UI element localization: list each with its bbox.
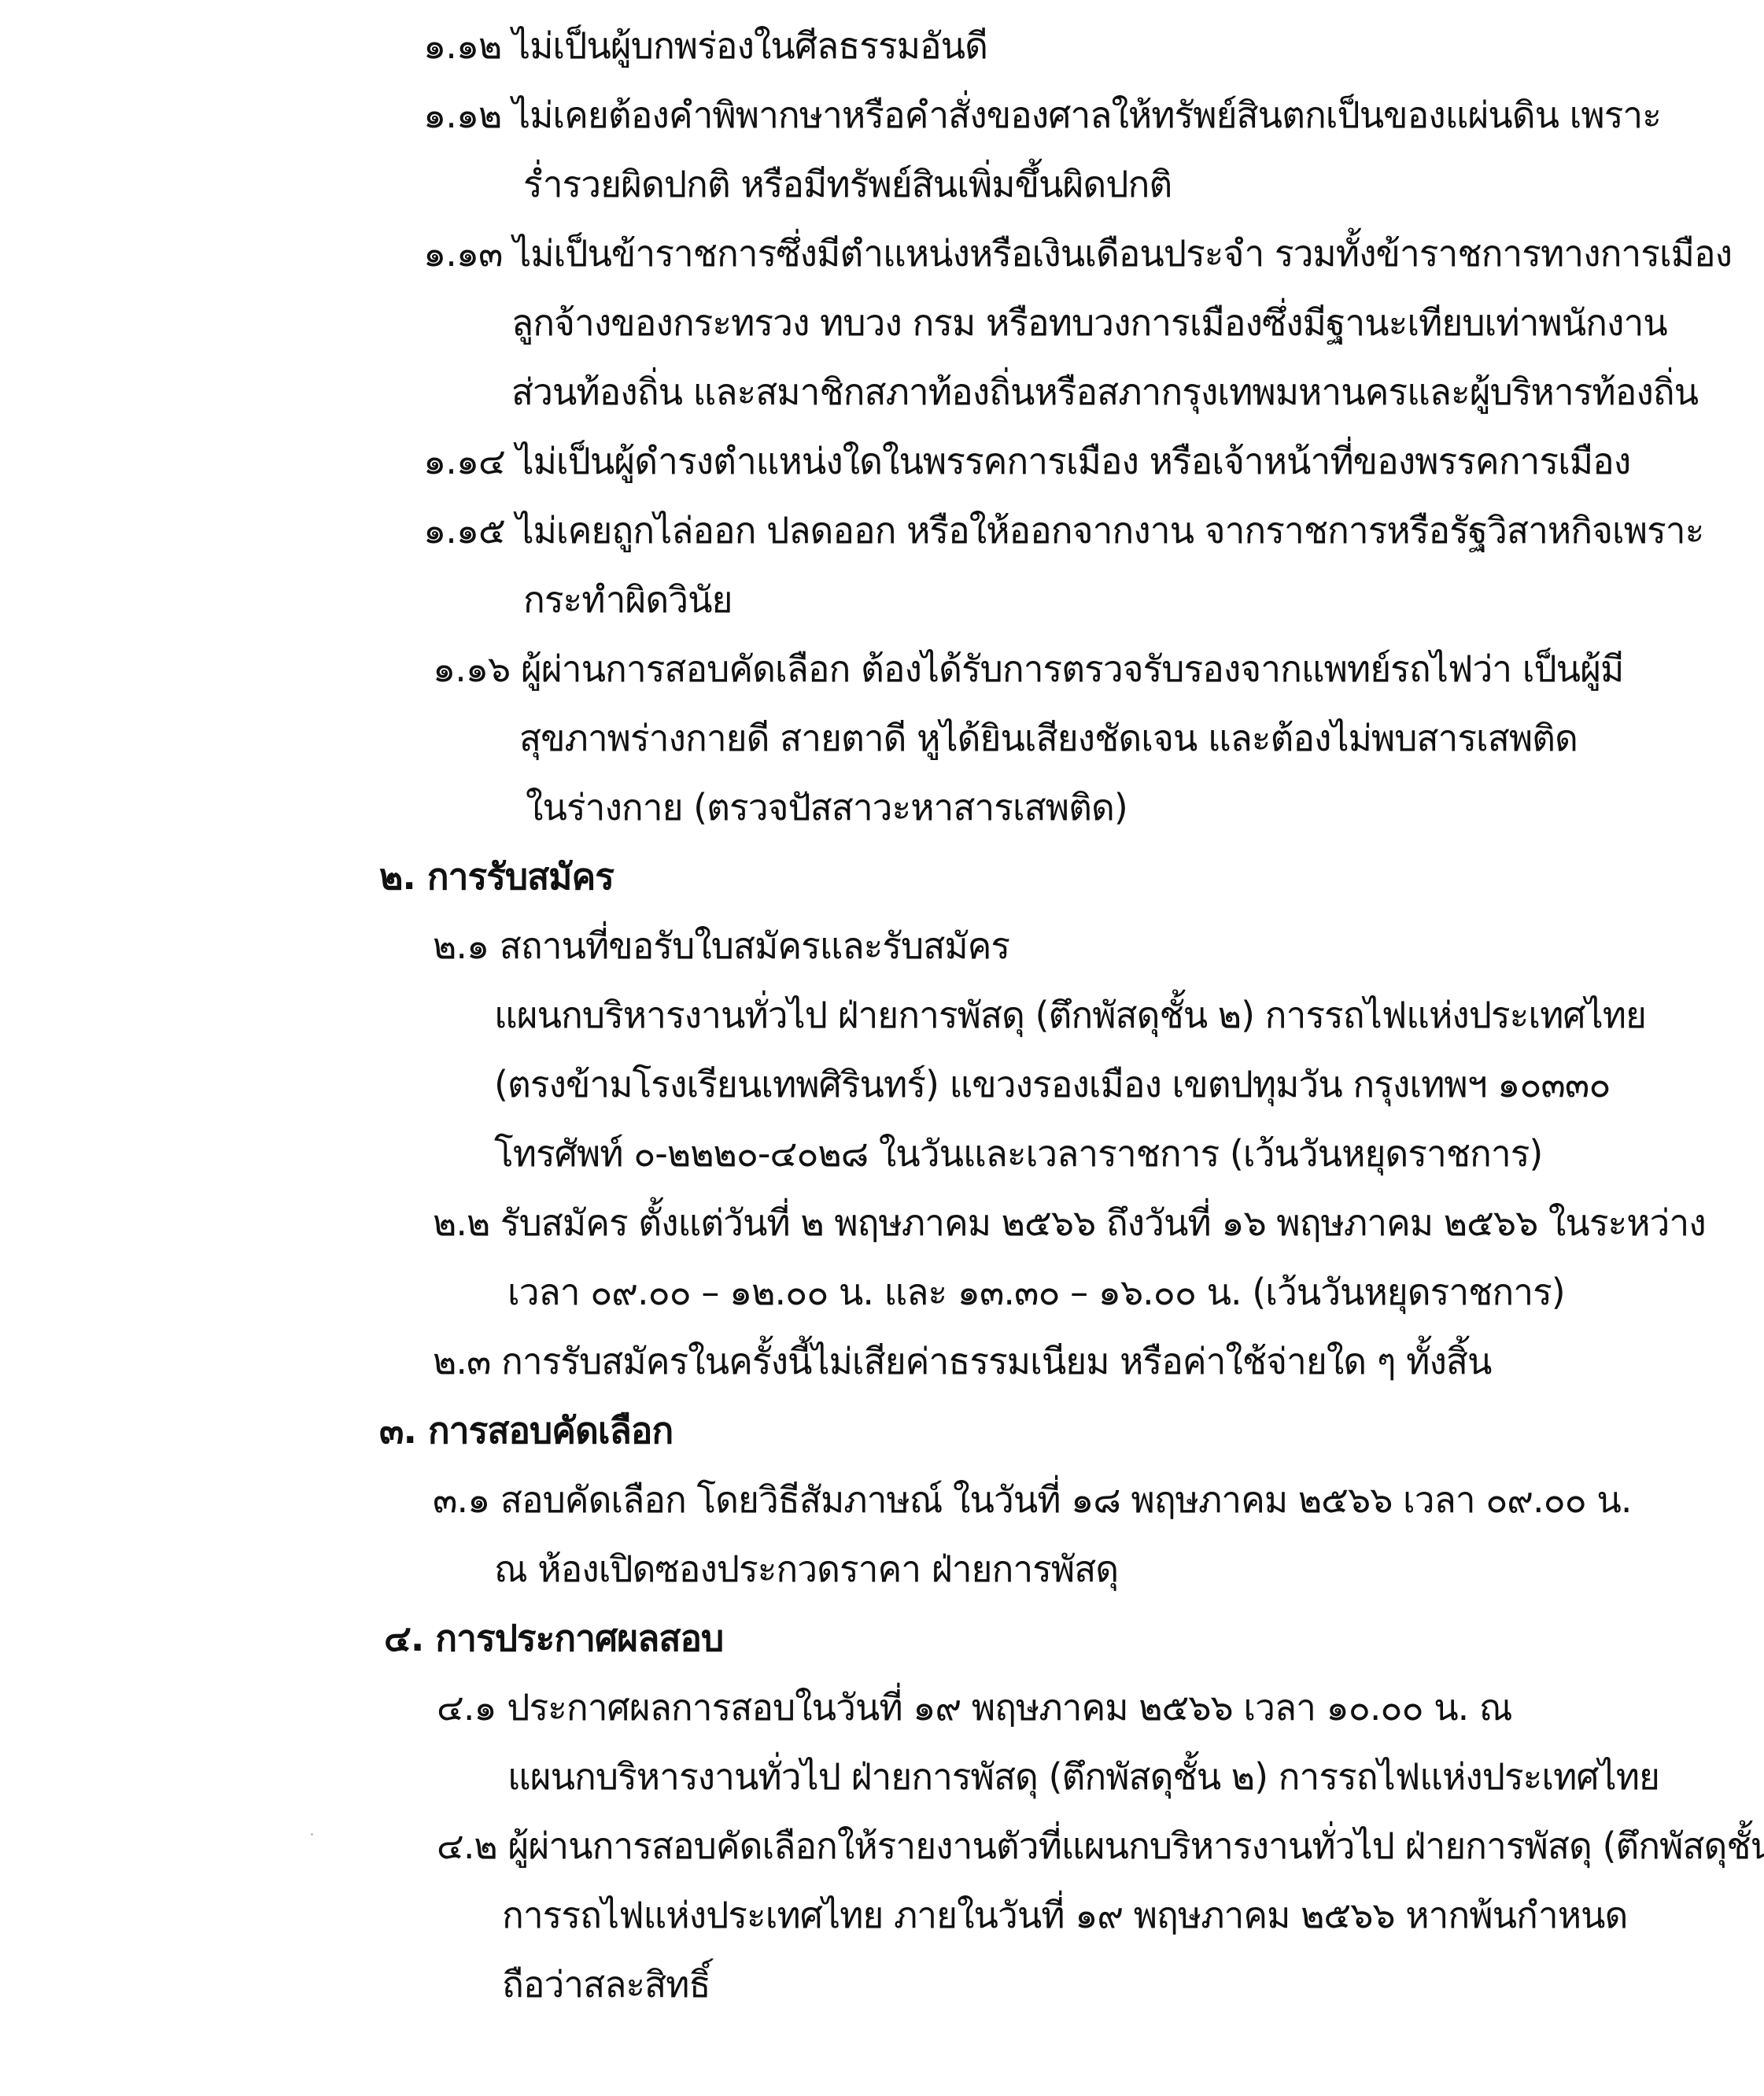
- item-2-1: ๒.๑ สถานที่ขอรับใบสมัครและรับสมัคร: [433, 922, 1009, 969]
- item-3-1-cont: ณ ห้องเปิดซองประกวดราคา ฝ่ายการพัสดุ: [494, 1545, 1118, 1592]
- item-1-14: ๑.๑๔ ไม่เป็นผู้ดำรงตำแหน่งใดในพรรคการเมื…: [423, 437, 1630, 485]
- item-1-15-cont: กระทำผิดวินัย: [523, 576, 732, 623]
- item-1-12a: ๑.๑๒ ไม่เป็นผู้บกพร่องในศีลธรรมอันดี: [423, 22, 987, 69]
- section-2-heading: ๒. การรับสมัคร: [379, 853, 614, 900]
- section-3-heading: ๓. การสอบคัดเลือก: [379, 1407, 673, 1454]
- item-1-16: ๑.๑๖ ผู้ผ่านการสอบคัดเลือก ต้องได้รับการ…: [433, 645, 1623, 692]
- item-1-15: ๑.๑๕ ไม่เคยถูกไล่ออก ปลดออก หรือให้ออกจา…: [423, 507, 1703, 554]
- item-1-16-cont-1: สุขภาพร่างกายดี สายตาดี หูได้ยินเสียงชัด…: [519, 714, 1578, 762]
- item-3-1: ๓.๑ สอบคัดเลือก โดยวิธีสัมภาษณ์ ในวันที่…: [433, 1476, 1631, 1523]
- item-4-2-cont-2: ถือว่าสละสิทธิ์: [502, 1961, 710, 2008]
- item-4-2: ๔.๒ ผู้ผ่านการสอบคัดเลือกให้รายงานตัวที่…: [437, 1822, 1764, 1869]
- item-2-3: ๒.๓ การรับสมัครในครั้งนี้ไม่เสียค่าธรรมเ…: [433, 1338, 1491, 1385]
- item-1-13: ๑.๑๓ ไม่เป็นข้าราชการซึ่งมีตำแหน่งหรือเง…: [423, 230, 1732, 277]
- item-2-1-cont-2: (ตรงข้ามโรงเรียนเทพศิรินทร์) แขวงรองเมือ…: [494, 1061, 1610, 1108]
- section-4-heading: ๔. การประกาศผลสอบ: [384, 1614, 723, 1662]
- item-1-12b: ๑.๑๒ ไม่เคยต้องคำพิพากษาหรือคำสั่งของศาล…: [423, 91, 1661, 138]
- item-1-13-cont-1: ลูกจ้างของกระทรวง ทบวง กรม หรือทบวงการเม…: [511, 299, 1667, 346]
- item-2-2: ๒.๒ รับสมัคร ตั้งแต่วันที่ ๒ พฤษภาคม ๒๕๖…: [433, 1199, 1706, 1246]
- item-2-1-cont-1: แผนกบริหารงานทั่วไป ฝ่ายการพัสดุ (ตึกพัส…: [494, 991, 1646, 1039]
- item-2-2-cont: เวลา ๐๙.๐๐ – ๑๒.๐๐ น. และ ๑๓.๓๐ – ๑๖.๐๐ …: [507, 1268, 1565, 1316]
- item-4-1-cont: แผนกบริหารงานทั่วไป ฝ่ายการพัสดุ (ตึกพัส…: [507, 1753, 1659, 1800]
- item-2-1-cont-3: โทรศัพท์ ๐-๒๒๒๐-๔๐๒๘ ในวันและเวลาราชการ …: [494, 1130, 1542, 1177]
- document-page: ๑.๑๒ ไม่เป็นผู้บกพร่องในศีลธรรมอันดี ๑.๑…: [0, 0, 1764, 2096]
- item-4-2-cont-1: การรถไฟแห่งประเทศไทย ภายในวันที่ ๑๙ พฤษภ…: [502, 1891, 1627, 1939]
- item-1-16-cont-2: ในร่างกาย (ตรวจปัสสาวะหาสารเสพติด): [526, 784, 1127, 831]
- scan-speck: [311, 1833, 313, 1836]
- item-1-13-cont-2: ส่วนท้องถิ่น และสมาชิกสภาท้องถิ่นหรือสภา…: [511, 368, 1698, 415]
- item-1-12b-cont: ร่ำรวยผิดปกติ หรือมีทรัพย์สินเพิ่มขึ้นผิ…: [523, 161, 1172, 208]
- item-4-1: ๔.๑ ประกาศผลการสอบในวันที่ ๑๙ พฤษภาคม ๒๕…: [437, 1684, 1512, 1731]
